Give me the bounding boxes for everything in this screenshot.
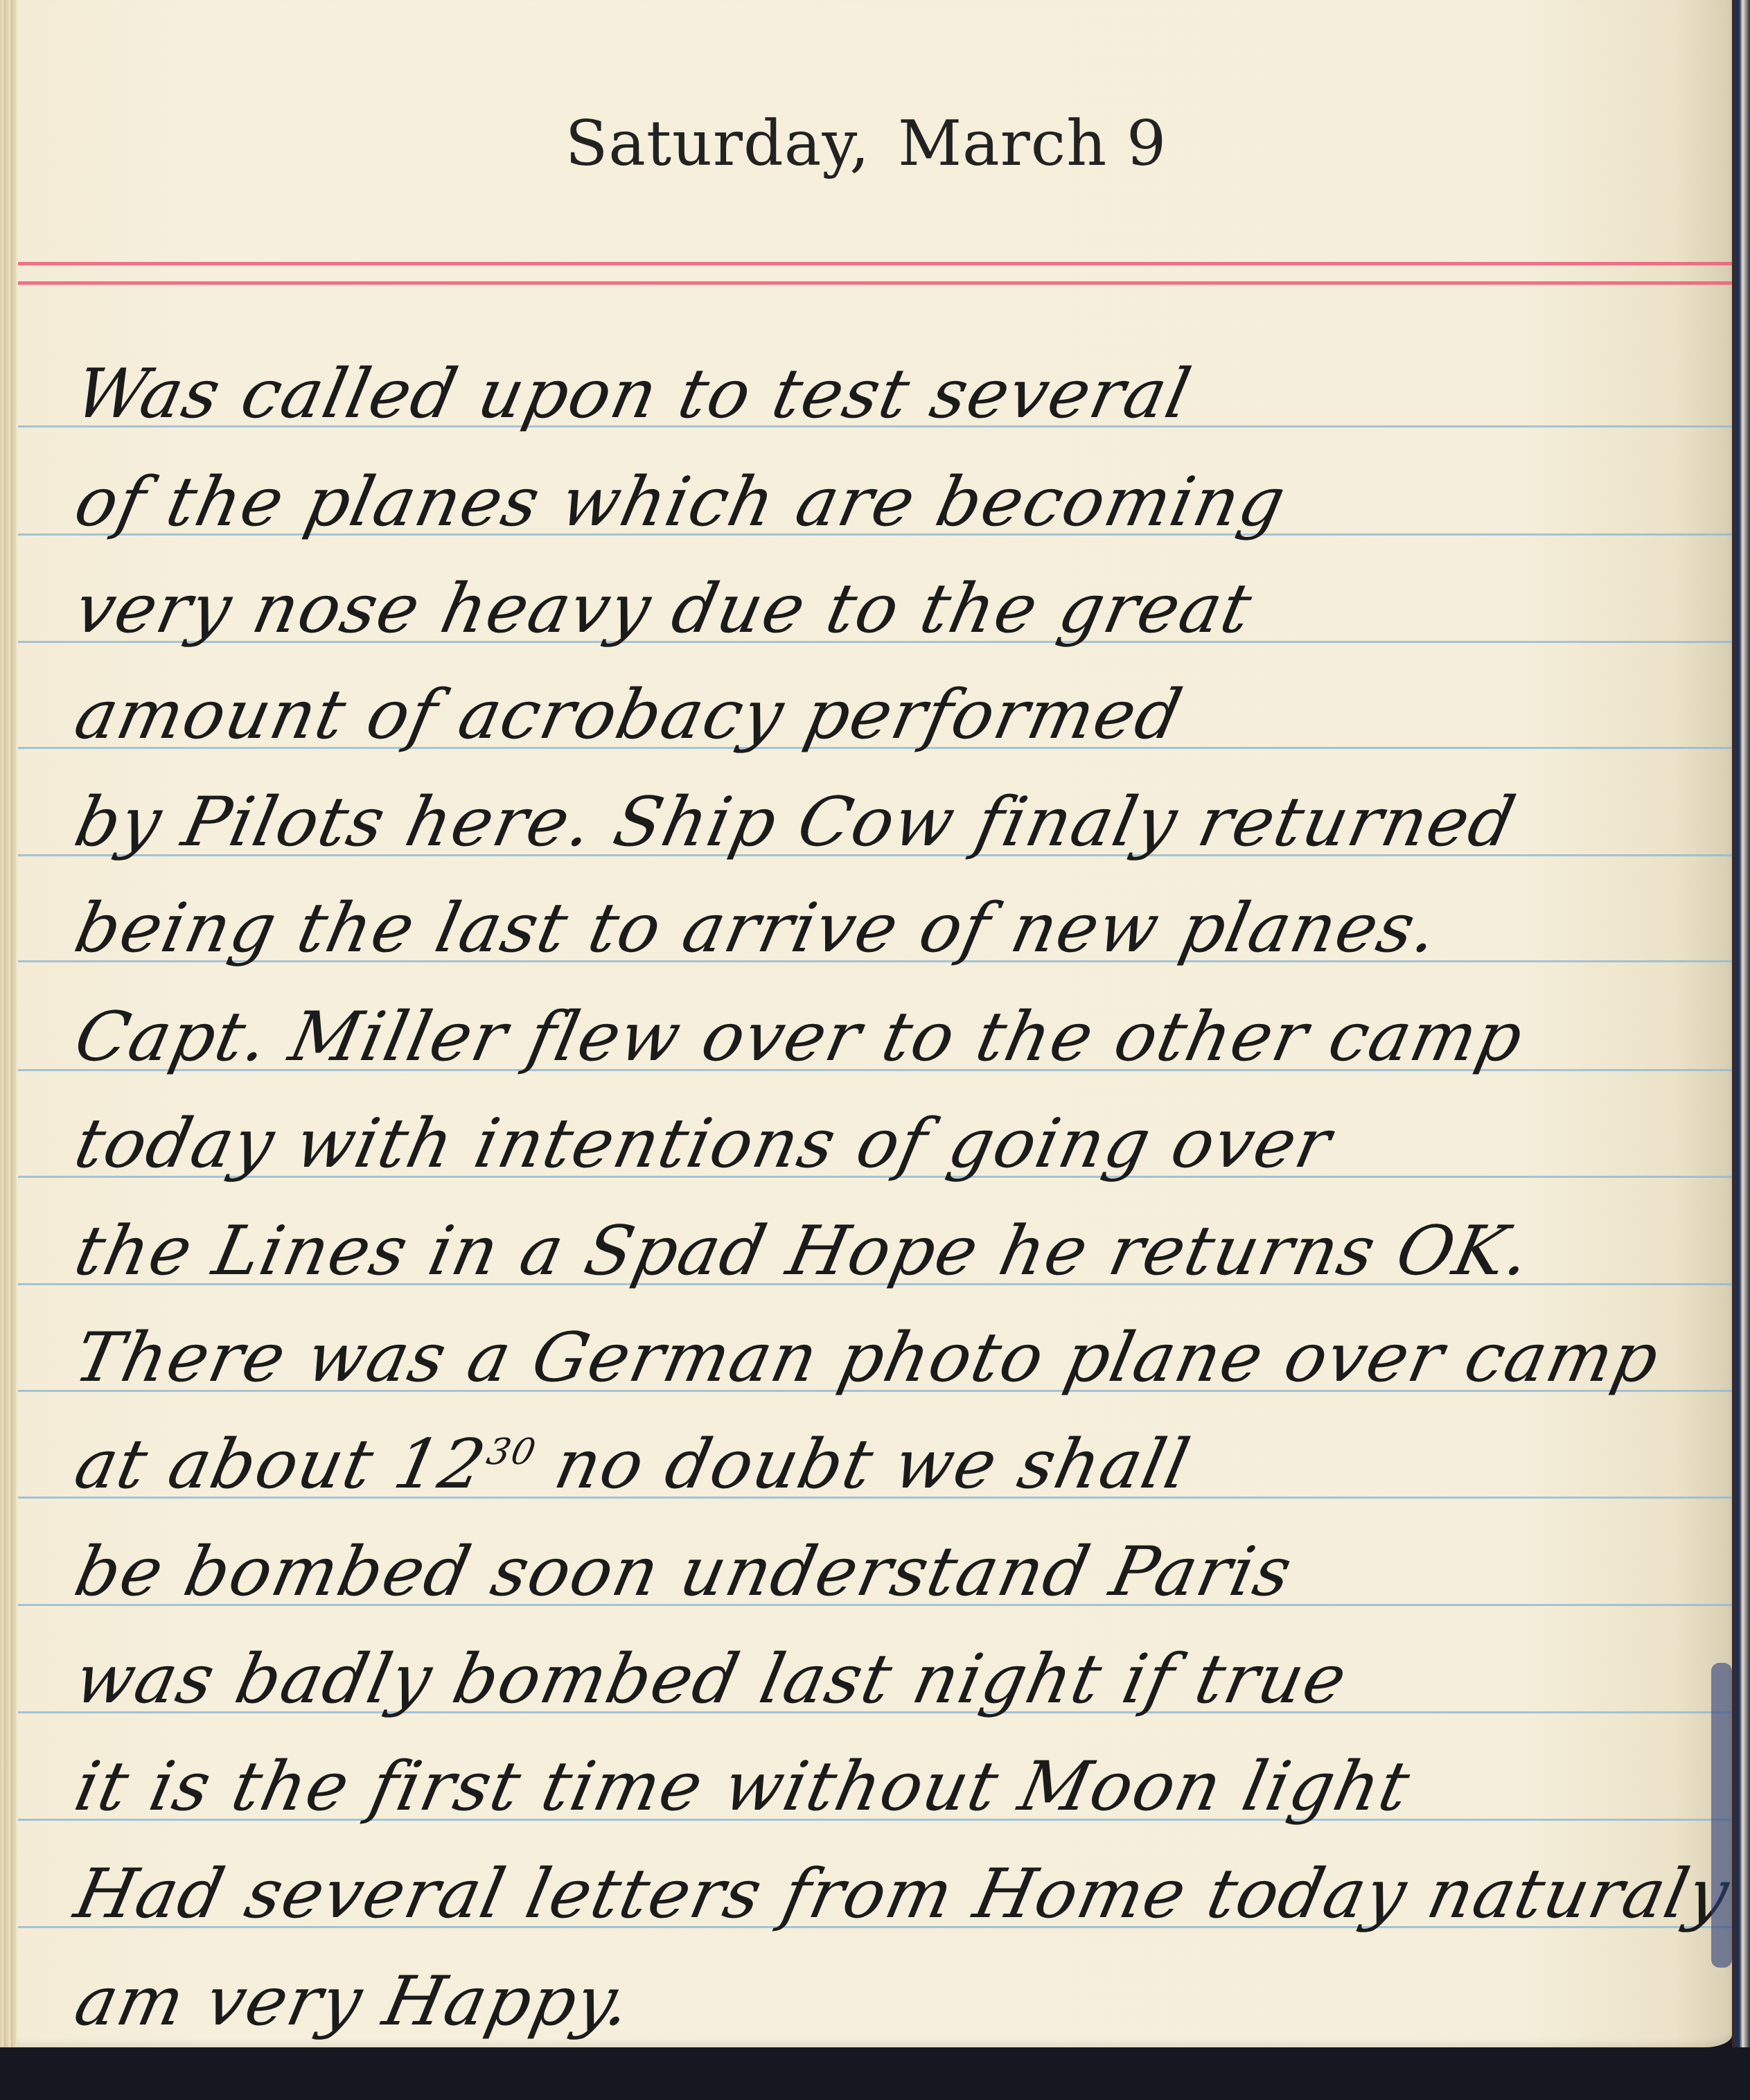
header-rule-bottom [18, 281, 1732, 285]
entry-line: the Lines in a Spad Hope he returns OK. [69, 1217, 1719, 1285]
day-number: 9 [1126, 107, 1167, 180]
diary-page: Saturday,March9 Was called upon to test … [0, 0, 1732, 2047]
entry-line-time: at about 1230 no doubt we shall [69, 1431, 1719, 1499]
entry-line: amount of acrobacy performed [69, 681, 1719, 749]
entry-line: being the last to arrive of new planes. [69, 894, 1719, 962]
entry-line: very nose heavy due to the great [69, 575, 1719, 643]
entry-line: today with intentions of going over [69, 1110, 1719, 1178]
entry-line: Had several letters from Home today natu… [69, 1860, 1719, 1928]
book-cover-edge [1732, 0, 1750, 2100]
month-label: March [898, 107, 1107, 180]
entry-line: am very Happy. [69, 1968, 1719, 2036]
ink-stain-edge [1711, 1663, 1732, 1968]
page-binding-edge [0, 0, 17, 2047]
entry-line: Capt. Miller flew over to the other camp [69, 1003, 1719, 1071]
entry-line: of the planes which are becoming [69, 468, 1719, 536]
entry-line: There was a German photo plane over camp [69, 1324, 1719, 1392]
entry-text: at about 12 [68, 1425, 493, 1504]
entry-line: it is the first time without Moon light [69, 1753, 1719, 1821]
entry-text: no doubt we shall [525, 1425, 1197, 1504]
header-rule-top [18, 262, 1732, 265]
entry-line: by Pilots here. Ship Cow finaly returned [69, 788, 1719, 856]
entry-line: was badly bombed last night if true [69, 1645, 1719, 1713]
page-date-header: Saturday,March9 [0, 107, 1732, 180]
weekday-label: Saturday, [565, 107, 870, 180]
time-superscript: 30 [483, 1431, 540, 1473]
entry-line: Was called upon to test several [69, 360, 1719, 428]
scan-background [0, 2047, 1750, 2100]
entry-line: be bombed soon understand Paris [69, 1538, 1719, 1606]
